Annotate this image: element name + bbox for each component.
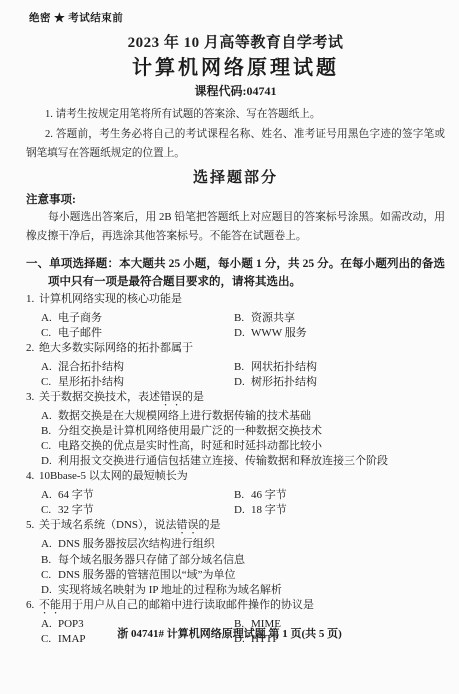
question-number: 5. (26, 518, 39, 533)
part-one-header: 一、单项选择题：本大题共 25 小题，每小题 1 分，共 25 分。在每小题列出… (26, 255, 445, 292)
option-text: 利用报文交换进行通信包括建立连接、传输数据和释放连接三个阶段 (58, 455, 388, 467)
answer-option-d: D.利用报文交换进行通信包括建立连接、传输数据和释放连接三个阶段 (41, 454, 445, 469)
option-label: A. (41, 311, 58, 326)
course-code: 课程代码:04741 (26, 83, 445, 99)
answer-option-a: A.混合拓扑结构 (41, 360, 234, 375)
question-text: 关于数据交换技术，表述 (39, 391, 160, 403)
option-text: 18 字节 (251, 504, 287, 516)
option-text: 46 字节 (251, 489, 287, 501)
option-text: 资源共享 (251, 312, 295, 324)
option-label: D. (234, 326, 251, 341)
question-text: 计算机网络实现的核心功能是 (39, 293, 182, 305)
option-label: A. (41, 488, 58, 503)
instruction-item-2: 2. 答题前，考生务必将自己的考试课程名称、姓名、准考证号用黑色字迹的签字笔或钢… (26, 125, 445, 164)
answer-option-d: D.实现将域名映射为 IP 地址的过程称为域名解析 (41, 583, 445, 598)
answer-option-b: B.网状拓扑结构 (234, 360, 445, 375)
answer-option-a: A.64 字节 (41, 488, 234, 503)
option-label: D. (234, 503, 251, 518)
option-text: DNS 服务器的管辖范围以“域”为单位 (58, 569, 236, 581)
option-text: 混合拓扑结构 (58, 361, 124, 373)
option-text: 32 字节 (58, 504, 94, 516)
answer-option-c: C.DNS 服务器的管辖范围以“域”为单位 (41, 568, 445, 583)
option-text: 网状拓扑结构 (251, 361, 317, 373)
option-label: A. (41, 537, 58, 552)
option-label: C. (41, 439, 58, 454)
notice-label: 注意事项: (26, 192, 445, 208)
option-text: DNS 服务器按层次结构进行组织 (58, 538, 215, 550)
option-text: WWW 服务 (251, 327, 307, 339)
section-title: 选择题部分 (26, 168, 445, 188)
question-stem: 6.不能用于用户从自己的邮箱中进行读取邮件操作的协议是 (26, 598, 445, 617)
option-label: C. (41, 503, 58, 518)
answer-option-d: D.树形拓扑结构 (234, 375, 445, 390)
notice-text: 每小题选出答案后，用 2B 铅笔把答题纸上对应题目的答案标号涂黑。如需改动，用橡… (26, 208, 445, 246)
option-text: 实现将域名映射为 IP 地址的过程称为域名解析 (58, 584, 282, 596)
question-text: 绝大多数实际网络的拓扑都属于 (39, 342, 193, 354)
option-label: A. (41, 409, 58, 424)
option-text: 树形拓扑结构 (251, 376, 317, 388)
emphasized-text: 不能 (39, 599, 61, 611)
option-label: B. (234, 311, 251, 326)
question-stem: 1.计算机网络实现的核心功能是 (26, 292, 445, 311)
option-text: 64 字节 (58, 489, 94, 501)
option-text: 电子邮件 (58, 327, 102, 339)
emphasized-text: 错误 (177, 519, 199, 531)
option-text: 数据交换是在大规模网络上进行数据传输的技术基础 (58, 410, 311, 422)
answer-option-c: C.星形拓扑结构 (41, 375, 234, 390)
answer-option-b: B.每个域名服务器只存储了部分域名信息 (41, 553, 445, 568)
question-number: 1. (26, 292, 39, 307)
emphasized-text: 错误 (160, 391, 182, 403)
question-stem: 5.关于域名系统（DNS），说法错误的是 (26, 518, 445, 537)
question-stem: 3.关于数据交换技术，表述错误的是 (26, 390, 445, 409)
answer-option-b: B.分组交换是计算机网络使用最广泛的一种数据交换技术 (41, 424, 445, 439)
option-label: B. (234, 488, 251, 503)
answer-option-a: A.电子商务 (41, 311, 234, 326)
option-text: 电子商务 (58, 312, 102, 324)
classification-label: 绝密 ★ 考试结束前 (26, 12, 445, 25)
answer-option-b: B.46 字节 (234, 488, 445, 503)
answer-option-c: C.电路交换的优点是实时性高，时延和时延抖动都比较小 (41, 439, 445, 454)
exam-session-title: 2023 年 10 月高等教育自学考试 (26, 33, 445, 53)
option-label: C. (41, 568, 58, 583)
question: 3.关于数据交换技术，表述错误的是 A.数据交换是在大规模网络上进行数据传输的技… (26, 390, 445, 469)
question: 1.计算机网络实现的核心功能是 A.电子商务B.资源共享C.电子邮件D.WWW … (26, 292, 445, 341)
question-text-cont: 的是 (199, 519, 221, 531)
option-label: D. (41, 454, 58, 469)
question-list: 1.计算机网络实现的核心功能是 A.电子商务B.资源共享C.电子邮件D.WWW … (26, 292, 445, 648)
option-label: B. (41, 424, 58, 439)
option-label: C. (41, 375, 58, 390)
question-number: 4. (26, 469, 39, 484)
question-text: 关于域名系统（DNS），说法 (39, 519, 177, 531)
question-stem: 2.绝大多数实际网络的拓扑都属于 (26, 341, 445, 360)
question-number: 2. (26, 341, 39, 356)
option-text: 分组交换是计算机网络使用最广泛的一种数据交换技术 (58, 425, 322, 437)
question: 2.绝大多数实际网络的拓扑都属于 A.混合拓扑结构B.网状拓扑结构C.星形拓扑结… (26, 341, 445, 390)
answer-options: A.混合拓扑结构B.网状拓扑结构C.星形拓扑结构D.树形拓扑结构 (26, 360, 445, 390)
question-text-cont: 用于用户从自己的邮箱中进行读取邮件操作的协议是 (61, 599, 314, 611)
option-text: 每个域名服务器只存储了部分域名信息 (58, 554, 245, 566)
instruction-item-1: 1. 请考生按规定用笔将所有试题的答案涂、写在答题纸上。 (26, 105, 445, 125)
question-text-cont: 的是 (182, 391, 204, 403)
option-label: B. (41, 553, 58, 568)
question-number: 3. (26, 390, 39, 405)
option-label: D. (41, 583, 58, 598)
question: 5.关于域名系统（DNS），说法错误的是 A.DNS 服务器按层次结构进行组织B… (26, 518, 445, 597)
answer-options: A.64 字节B.46 字节C.32 字节D.18 字节 (26, 488, 445, 518)
answer-option-d: D.WWW 服务 (234, 326, 445, 341)
answer-option-c: C.电子邮件 (41, 326, 234, 341)
answer-options: A.DNS 服务器按层次结构进行组织B.每个域名服务器只存储了部分域名信息C.D… (26, 537, 445, 597)
answer-option-a: A.DNS 服务器按层次结构进行组织 (41, 537, 445, 552)
exam-paper-page: 绝密 ★ 考试结束前 2023 年 10 月高等教育自学考试 计算机网络原理试题… (0, 0, 459, 694)
option-text: 电路交换的优点是实时性高，时延和时延抖动都比较小 (58, 440, 322, 452)
answer-options: A.电子商务B.资源共享C.电子邮件D.WWW 服务 (26, 311, 445, 341)
page-footer: 浙 04741# 计算机网络原理试题 第 1 页(共 5 页) (0, 626, 459, 642)
answer-option-d: D.18 字节 (234, 503, 445, 518)
option-label: B. (234, 360, 251, 375)
question-number: 6. (26, 598, 39, 613)
option-label: C. (41, 326, 58, 341)
option-text: 星形拓扑结构 (58, 376, 124, 388)
answer-options: A.数据交换是在大规模网络上进行数据传输的技术基础B.分组交换是计算机网络使用最… (26, 409, 445, 469)
option-label: A. (41, 360, 58, 375)
answer-option-c: C.32 字节 (41, 503, 234, 518)
question-text: 10Bbase-5 以太网的最短帧长为 (39, 470, 188, 482)
instructions-list: 1. 请考生按规定用笔将所有试题的答案涂、写在答题纸上。 2. 答题前，考生务必… (26, 105, 445, 164)
answer-option-a: A.数据交换是在大规模网络上进行数据传输的技术基础 (41, 409, 445, 424)
option-label: D. (234, 375, 251, 390)
answer-option-b: B.资源共享 (234, 311, 445, 326)
question: 4.10Bbase-5 以太网的最短帧长为 A.64 字节B.46 字节C.32… (26, 469, 445, 518)
question-stem: 4.10Bbase-5 以太网的最短帧长为 (26, 469, 445, 488)
paper-title: 计算机网络原理试题 (26, 55, 445, 81)
